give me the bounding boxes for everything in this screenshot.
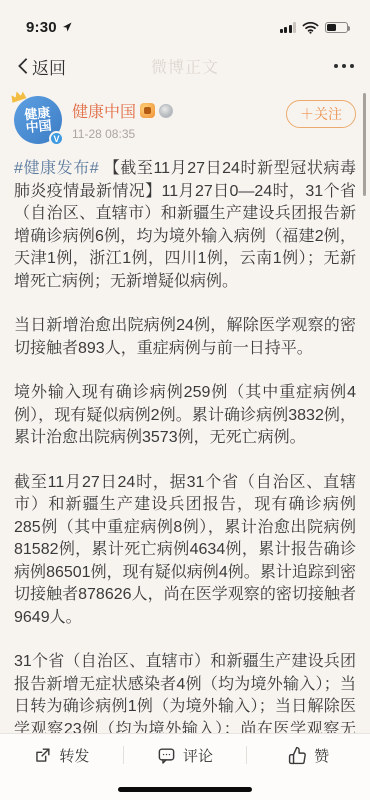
medal-badge-icon	[159, 104, 173, 118]
profile-row: 健康 中国 V 健康中国 11-28 08:35 ＋关注	[0, 88, 370, 150]
post-paragraph: 境外输入现有确诊病例259例（其中重症病例4例），现有疑似病例2例。累计确诊病例…	[14, 382, 356, 450]
wifi-icon	[302, 21, 319, 34]
name-row: 健康中国	[72, 99, 286, 122]
like-label: 赞	[314, 745, 329, 766]
post-paragraph-text: 【截至11月27日24时新型冠状病毒肺炎疫情最新情况】11月27日0—24时，3…	[14, 160, 356, 290]
location-arrow-icon	[61, 21, 73, 33]
post-paragraphs: 当日新增治愈出院病例24例，解除医学观察的密切接触者893人，重症病例与前一日持…	[14, 315, 356, 733]
page-title: 微博正文	[151, 55, 219, 78]
repost-button[interactable]: 转发	[0, 734, 123, 776]
chevron-left-icon	[16, 57, 30, 75]
bottom-toolbar: 转发 评论	[0, 733, 370, 800]
battery-icon	[325, 22, 348, 33]
crown-icon	[9, 88, 28, 104]
repost-label: 转发	[59, 745, 89, 766]
follow-button[interactable]: ＋关注	[286, 100, 356, 128]
clock: 9:30	[26, 19, 57, 36]
post-paragraph: 当日新增治愈出院病例24例，解除医学观察的密切接触者893人，重症病例与前一日持…	[14, 315, 356, 360]
thumbs-up-icon	[288, 746, 307, 765]
post-paragraph: 截至11月27日24时，据31个省（自治区、直辖市）和新疆生产建设兵团报告，现有…	[14, 472, 356, 630]
post-paragraph: 31个省（自治区、直辖市）和新疆生产建设兵团报告新增无症状感染者4例（均为境外输…	[14, 651, 356, 733]
nav-bar: 返回 微博正文	[0, 44, 370, 88]
status-left: 9:30	[26, 19, 73, 36]
status-bar: 9:30	[0, 0, 370, 44]
post-timestamp: 11-28 08:35	[72, 127, 286, 141]
avatar[interactable]: 健康 中国 V	[14, 96, 62, 144]
status-right	[280, 21, 349, 34]
comment-icon	[157, 746, 176, 765]
username-link[interactable]: 健康中国	[72, 99, 136, 122]
comment-label: 评论	[183, 745, 213, 766]
more-button[interactable]	[334, 58, 354, 74]
battery-level	[327, 24, 336, 31]
more-icon	[334, 64, 338, 68]
post-body: #健康发布# 【截至11月27日24时新型冠状病毒肺炎疫情最新情况】11月27日…	[14, 158, 356, 733]
like-button[interactable]: 赞	[247, 734, 370, 776]
hashtag-link[interactable]: #健康发布#	[14, 160, 99, 177]
more-icon	[342, 64, 346, 68]
weibo-post-screen: 9:30	[0, 0, 370, 800]
scrollbar-thumb[interactable]	[363, 93, 366, 196]
repost-icon	[33, 746, 52, 765]
comment-button[interactable]: 评论	[124, 734, 247, 776]
more-icon	[350, 64, 354, 68]
cellular-signal-icon	[280, 22, 297, 33]
back-label: 返回	[32, 54, 66, 79]
home-indicator[interactable]	[118, 787, 252, 792]
post-content-area[interactable]: 健康 中国 V 健康中国 11-28 08:35 ＋关注 #健康发布# 【截至1…	[0, 88, 370, 733]
avatar-logo-text: 健康 中国	[24, 106, 53, 135]
verified-badge-icon: V	[49, 131, 64, 146]
profile-main: 健康中国 11-28 08:35	[72, 96, 286, 141]
post-paragraph: #健康发布# 【截至11月27日24时新型冠状病毒肺炎疫情最新情况】11月27日…	[14, 158, 356, 293]
back-button[interactable]: 返回	[16, 54, 66, 79]
vip-badge-icon	[140, 103, 155, 118]
